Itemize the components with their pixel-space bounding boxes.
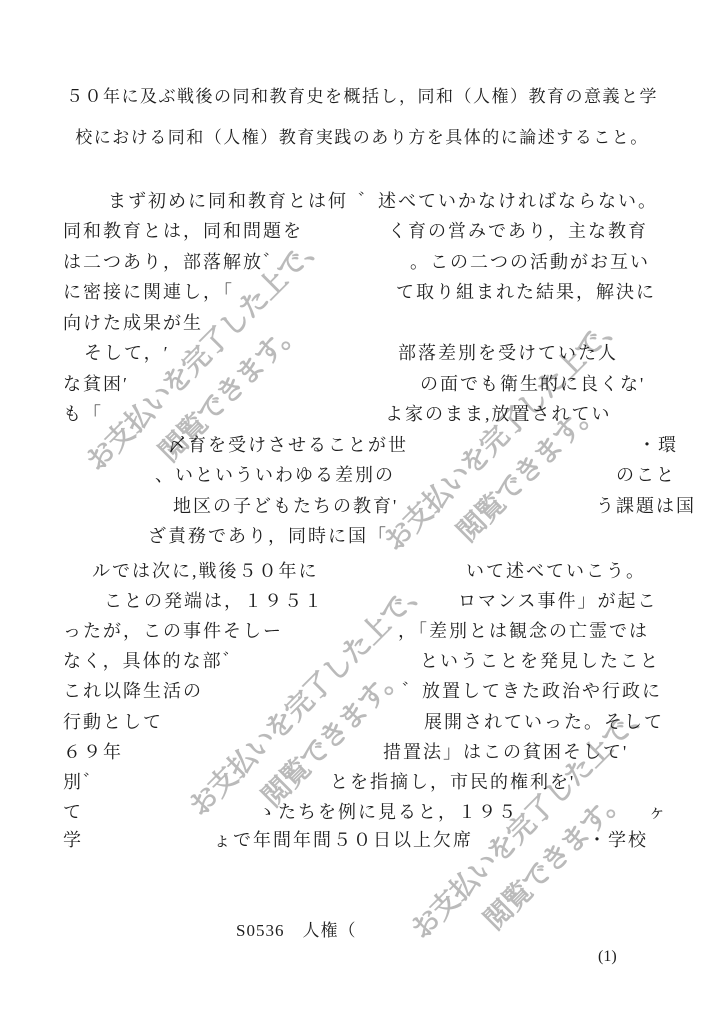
body-line-segment: ロマンス事件」が起こ bbox=[458, 587, 657, 613]
body-line-segment: 地区の子どもたちの教育' bbox=[173, 492, 398, 518]
body-line-segment: ルでは次に,戦後５０年に bbox=[92, 557, 319, 583]
body-line-segment: は二つあり，部落解放゛ bbox=[63, 248, 283, 274]
document-page: ５０年に及ぶ戦後の同和教育史を概括し，同和（人権）教育の意義と学 校における同和… bbox=[0, 0, 724, 1024]
body-line-segment: なく，具体的な部゛ bbox=[63, 647, 243, 673]
body-line-segment: まず初めに同和教育とは何 bbox=[108, 187, 348, 213]
body-line-segment: 別゛ bbox=[63, 768, 103, 794]
body-line-segment: これ以降生活の bbox=[63, 677, 203, 703]
body-line-segment: 行動として bbox=[63, 708, 163, 734]
body-line-segment: 向けた成果が生 bbox=[63, 309, 203, 335]
body-line-segment: ざ責務であり，同時に国「 bbox=[148, 522, 388, 548]
body-line-segment: ということを発見したこと bbox=[420, 647, 660, 673]
body-line-segment: く育の営みであり，主な教育 bbox=[388, 217, 648, 243]
body-line-segment: そして，′ bbox=[84, 339, 170, 365]
body-line-segment: ことの発端は，１９５１ bbox=[104, 587, 324, 613]
body-line-segment: 。この二つの活動がお互い bbox=[410, 248, 650, 274]
body-line-segment: 、いといういわゆる差別の bbox=[155, 461, 395, 487]
body-line-segment: のこと bbox=[616, 461, 676, 487]
body-line-segment: 学 bbox=[63, 826, 83, 852]
body-line-segment: ヶ bbox=[648, 798, 668, 824]
body-line-segment: に密接に関連し，「 bbox=[63, 278, 234, 304]
body-line-segment: いて述べていこう。 bbox=[466, 557, 646, 583]
body-line-segment: 同和教育とは，同和問題を bbox=[63, 217, 303, 243]
essay-title-line2: 校における同和（人権）教育実践のあり方を具体的に論述すること。 bbox=[0, 117, 724, 158]
body-line-segment: ・環 bbox=[638, 431, 678, 457]
body-line-segment: て bbox=[63, 798, 83, 824]
body-line-segment: な貧困′ bbox=[63, 370, 129, 396]
body-line-segment: ６９年 bbox=[63, 738, 123, 764]
page-number: (1) bbox=[598, 948, 617, 966]
essay-title-line1: ５０年に及ぶ戦後の同和教育史を概括し，同和（人権）教育の意義と学 bbox=[0, 76, 724, 117]
report-code: S0536 人権（ bbox=[236, 916, 356, 941]
body-line-segment: て取り組まれた結果，解決に bbox=[396, 278, 656, 304]
body-line-segment: ゛述べていかなければならない。 bbox=[358, 187, 658, 213]
body-line-segment: う課題は国 bbox=[596, 492, 696, 518]
body-line-segment: ったが，この事件そしー bbox=[63, 617, 283, 643]
essay-title: ５０年に及ぶ戦後の同和教育史を概括し，同和（人権）教育の意義と学 校における同和… bbox=[0, 76, 724, 158]
body-line-segment: も「 bbox=[63, 400, 103, 426]
